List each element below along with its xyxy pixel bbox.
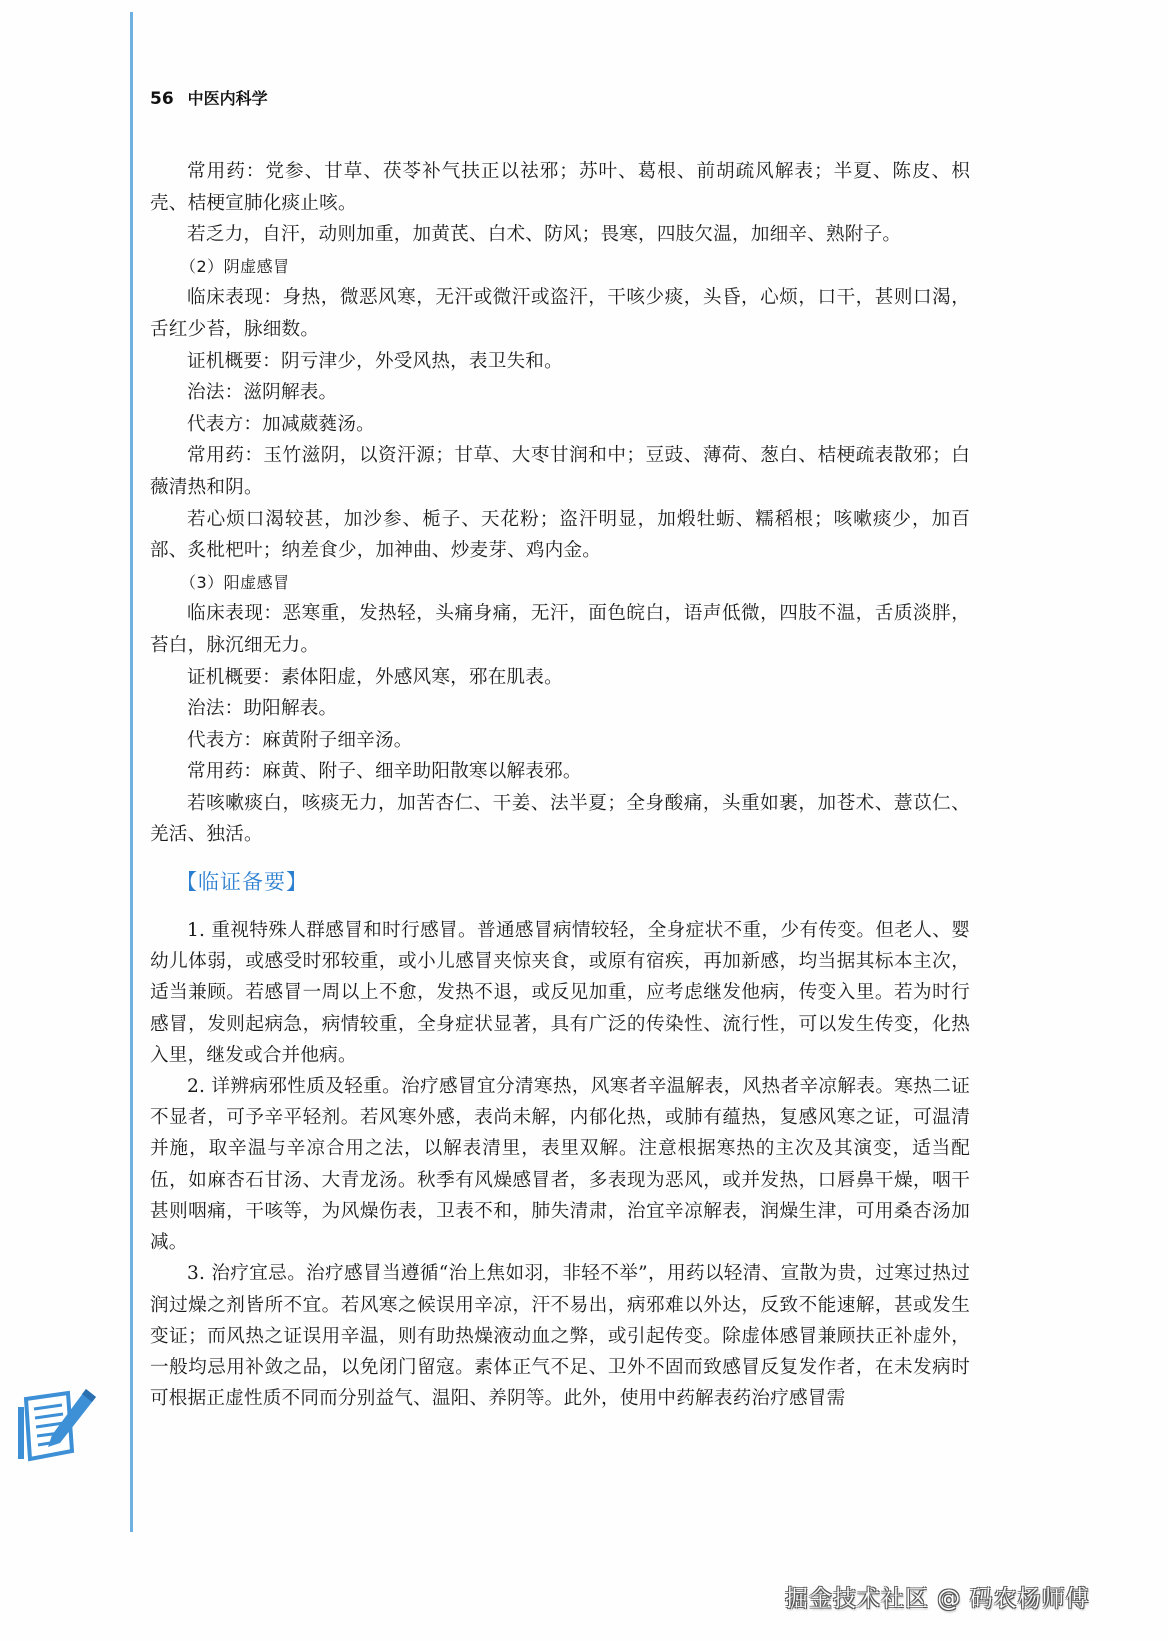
watermark: 掘金技术社区 @ 码农杨师傅 [785, 1580, 1090, 1613]
note-item: 3. 治疗宜忌。治疗感冒当遵循“治上焦如羽，非轻不举”，用药以轻清、宣散为贵，过… [150, 1258, 970, 1414]
running-head: 56 中医内科学 [150, 86, 268, 109]
paragraph: 治法：助阳解表。 [150, 693, 970, 725]
subheading-yang-deficiency: （3）阳虚感冒 [150, 567, 970, 599]
paragraph: 常用药：党参、甘草、茯苓补气扶正以祛邪；苏叶、葛根、前胡疏风解表；半夏、陈皮、枳… [150, 156, 970, 219]
paragraph: 临床表现：身热，微恶风寒，无汗或微汗或盗汗，干咳少痰，头昏，心烦，口干，甚则口渴… [150, 282, 970, 345]
paragraph: 证机概要：阴亏津少，外受风热，表卫失和。 [150, 346, 970, 378]
note-item: 1. 重视特殊人群感冒和时行感冒。普通感冒病情较轻，全身症状不重，少有传变。但老… [150, 915, 970, 1071]
section-heading: 【临证备要】 [150, 865, 970, 899]
paragraph: 若乏力，自汗，动则加重，加黄芪、白术、防风；畏寒，四肢欠温，加细辛、熟附子。 [150, 219, 970, 251]
note-item: 2. 详辨病邪性质及轻重。治疗感冒宜分清寒热，风寒者辛温解表，风热者辛凉解表。寒… [150, 1071, 970, 1258]
paragraph: 代表方：加减葳蕤汤。 [150, 409, 970, 441]
paragraph: 若咳嗽痰白，咳痰无力，加苦杏仁、干姜、法半夏；全身酸痛，头重如裹，加苍术、薏苡仁… [150, 788, 970, 851]
paragraph: 治法：滋阴解表。 [150, 377, 970, 409]
clinical-notes: 1. 重视特殊人群感冒和时行感冒。普通感冒病情较轻，全身症状不重，少有传变。但老… [150, 915, 970, 1414]
paragraph: 证机概要：素体阳虚，外感风寒，邪在肌表。 [150, 662, 970, 694]
paragraph: 代表方：麻黄附子细辛汤。 [150, 725, 970, 757]
page-number: 56 [150, 89, 174, 109]
paragraph: 若心烦口渴较甚，加沙参、栀子、天花粉；盗汗明显，加煅牡蛎、糯稻根；咳嗽痰少，加百… [150, 504, 970, 567]
paragraph: 常用药：麻黄、附子、细辛助阳散寒以解表邪。 [150, 756, 970, 788]
subheading-yin-deficiency: （2）阴虚感冒 [150, 251, 970, 283]
notebook-pencil-icon [16, 1385, 98, 1465]
paragraph: 常用药：玉竹滋阴，以资汗源；甘草、大枣甘润和中；豆豉、薄荷、葱白、桔梗疏表散邪；… [150, 440, 970, 503]
margin-rule [130, 12, 133, 1532]
book-page: 56 中医内科学 常用药：党参、甘草、茯苓补气扶正以祛邪；苏叶、葛根、前胡疏风解… [0, 0, 1168, 1641]
book-title: 中医内科学 [188, 86, 268, 109]
paragraph: 临床表现：恶寒重，发热轻，头痛身痛，无汗，面色皖白，语声低微，四肢不温，舌质淡胖… [150, 598, 970, 661]
body-text: 常用药：党参、甘草、茯苓补气扶正以祛邪；苏叶、葛根、前胡疏风解表；半夏、陈皮、枳… [150, 156, 970, 1414]
